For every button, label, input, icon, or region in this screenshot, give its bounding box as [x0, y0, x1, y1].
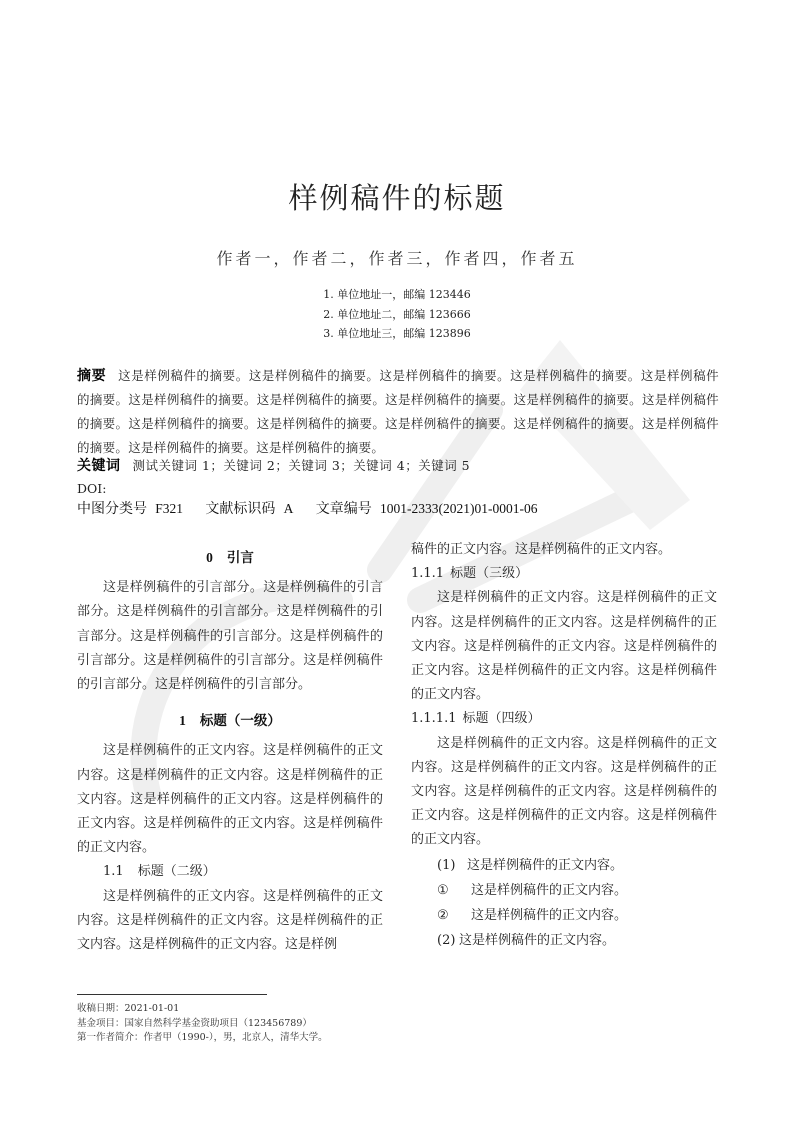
- clc-label: 中图分类号: [77, 501, 147, 517]
- keywords-text: 测试关键词 1；关键词 2；关键词 3；关键词 4；关键词 5: [133, 458, 471, 473]
- section-1-paragraph: 这是样例稿件的正文内容。这是样例稿件的正文内容。这是样例稿件的正文内容。这是样例…: [77, 739, 383, 860]
- author-list: 作者一，作者二，作者三，作者四，作者五: [0, 246, 794, 269]
- paper-page: 样例稿件的标题 作者一，作者二，作者三，作者四，作者五 1. 单位地址一，邮编 …: [0, 0, 794, 1123]
- footnotes: 收稿日期：2021-01-01 基金项目：国家自然科学基金资助项目（123456…: [77, 1002, 328, 1046]
- doc-code-value: A: [284, 501, 294, 516]
- section-1-1-paragraph-cont: 稿件的正文内容。这是样例稿件的正文内容。: [411, 538, 717, 562]
- list-item: ②这是样例稿件的正文内容。: [411, 903, 717, 928]
- abstract: 摘要这是样例稿件的摘要。这是样例稿件的摘要。这是样例稿件的摘要。这是样例稿件的摘…: [77, 364, 719, 460]
- affiliations: 1. 单位地址一，邮编 123446 2. 单位地址二，邮编 123666 3.…: [0, 285, 794, 344]
- clc-value: F321: [155, 501, 183, 516]
- section-heading-1-1-1: 1.1.1标题（三级）: [411, 562, 717, 586]
- article-no-value: 1001-2333(2021)01-0001-06: [380, 501, 537, 516]
- paper-title: 样例稿件的标题: [0, 176, 794, 217]
- list-item: (1)这是样例稿件的正文内容。: [411, 853, 717, 878]
- keywords: 关键词测试关键词 1；关键词 2；关键词 3；关键词 4；关键词 5: [77, 455, 470, 475]
- article-no-label: 文章编号: [316, 501, 372, 517]
- section-1-1-1-paragraph: 这是样例稿件的正文内容。这是样例稿件的正文内容。这是样例稿件的正文内容。这是样例…: [411, 586, 717, 707]
- section-heading-1-1-1-1: 1.1.1.1标题（四级）: [411, 707, 717, 731]
- author-bio: 第一作者简介：作者甲（1990-），男，北京人，清华大学。: [77, 1031, 328, 1046]
- section-heading-1: 1标题（一级）: [77, 709, 383, 733]
- classification-line: 中图分类号 F321 文献标识码 A 文章编号 1001-2333(2021)0…: [77, 498, 555, 518]
- right-column: 稿件的正文内容。这是样例稿件的正文内容。 1.1.1标题（三级） 这是样例稿件的…: [411, 538, 717, 953]
- left-column: 0引言 这是样例稿件的引言部分。这是样例稿件的引言部分。这是样例稿件的引言部分。…: [77, 540, 383, 957]
- section-1-1-1-1-paragraph: 这是样例稿件的正文内容。这是样例稿件的正文内容。这是样例稿件的正文内容。这是样例…: [411, 732, 717, 853]
- section-heading-1-1: 1.1标题（二级）: [77, 860, 383, 884]
- footnote-divider: [77, 994, 267, 995]
- section-1-1-paragraph: 这是样例稿件的正文内容。这是样例稿件的正文内容。这是样例稿件的正文内容。这是样例…: [77, 885, 383, 958]
- received-date: 收稿日期：2021-01-01: [77, 1002, 328, 1017]
- keywords-label: 关键词: [77, 458, 121, 474]
- affiliation-3: 3. 单位地址三，邮编 123896: [0, 324, 794, 344]
- section-heading-intro: 0引言: [77, 546, 383, 570]
- doc-code-label: 文献标识码: [205, 501, 275, 517]
- doi-label: DOI:: [77, 481, 106, 496]
- fund-info: 基金项目：国家自然科学基金资助项目（123456789）: [77, 1017, 328, 1032]
- intro-paragraph: 这是样例稿件的引言部分。这是样例稿件的引言部分。这是样例稿件的引言部分。这是样例…: [77, 576, 383, 697]
- list-item: ①这是样例稿件的正文内容。: [411, 878, 717, 903]
- affiliation-1: 1. 单位地址一，邮编 123446: [0, 285, 794, 305]
- affiliation-2: 2. 单位地址二，邮编 123666: [0, 305, 794, 325]
- abstract-label: 摘要: [77, 368, 106, 384]
- abstract-text: 这是样例稿件的摘要。这是样例稿件的摘要。这是样例稿件的摘要。这是样例稿件的摘要。…: [77, 368, 719, 455]
- list-item: (2)这是样例稿件的正文内容。: [411, 928, 717, 953]
